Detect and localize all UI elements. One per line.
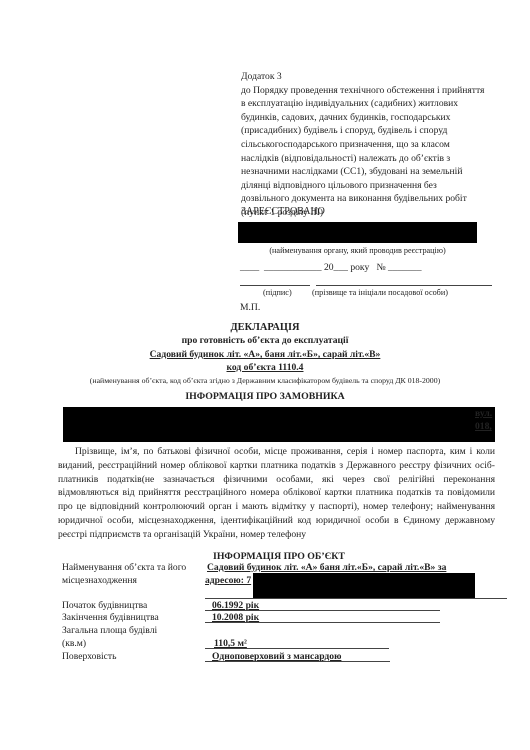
appendix-line: ділянці відповідного цільового призначен… (241, 179, 506, 193)
area-line (205, 648, 389, 649)
appendix-line: дозвільного документа на виконання будів… (241, 192, 506, 206)
end-label: Закінчення будівництва (62, 612, 159, 623)
floors-line (205, 661, 390, 662)
appendix-block: Додаток 3 до Порядку проведення технічно… (241, 70, 506, 220)
floors-label: Поверховість (62, 651, 117, 662)
object-name-value: Садовий будинок літ. «А» баня літ.«Б», с… (207, 562, 446, 573)
appendix-line: будинків, садових, дачних будинків, госп… (241, 111, 506, 125)
object-address-value: адресою: 7 (205, 575, 251, 586)
appendix-line: до Порядку проведення технічного обстеже… (241, 84, 506, 98)
signature-line (240, 285, 310, 286)
customer-visible-fragment: 018, (475, 421, 492, 432)
area-label: Загальна площа будівлі (62, 625, 157, 636)
stamp-label: М.П. (240, 302, 260, 313)
area-label-cont: (кв.м) (62, 638, 86, 649)
customer-description: Прізвище, ім’я, по батькові фізичної осо… (58, 445, 495, 542)
official-name-line (316, 285, 492, 286)
object-name: Садовий будинок літ. «А», баня літ.«Б», … (0, 349, 530, 360)
object-name-label: Найменування об’єкта та його (62, 562, 186, 573)
organ-caption: (найменування органу, який проводив реєс… (238, 246, 477, 255)
appendix-title: Додаток 3 (241, 70, 506, 84)
registered-label: ЗАРЕЄСТРОВАНО (241, 206, 325, 217)
signature-caption: (підпис) (263, 288, 292, 297)
official-name-caption: (прізвище та ініціали посадової особи) (312, 288, 448, 297)
redacted-customer-info (63, 407, 495, 442)
redacted-address (253, 573, 475, 599)
address-line (205, 598, 507, 599)
appendix-line: незначними наслідками (СС1), збудовані н… (241, 165, 506, 179)
start-line (205, 610, 440, 611)
redacted-registration-organ (238, 222, 477, 243)
declaration-title: ДЕКЛАРАЦІЯ (0, 322, 530, 333)
object-caption: (найменування об’єкта, код об’єкта згідн… (0, 376, 530, 385)
declaration-subtitle: про готовність об’єкта до експлуатації (0, 335, 530, 346)
appendix-line: сільськогосподарського призначення, що з… (241, 138, 506, 152)
object-code: код об’єкта 1110.4 (0, 362, 530, 373)
end-line (205, 622, 440, 623)
customer-section-title: ІНФОРМАЦІЯ ПРО ЗАМОВНИКА (0, 391, 530, 402)
appendix-line: (присадибних) будівель і споруд, будівел… (241, 124, 506, 138)
object-name-label-cont: місцезнаходження (62, 575, 137, 586)
customer-visible-fragment: вул. (475, 408, 492, 419)
appendix-line: наслідків (відповідальності) належать до… (241, 152, 506, 166)
object-section-title: ІНФОРМАЦІЯ ПРО ОБ’ЄКТ (213, 551, 345, 562)
registration-date-line: ____ ____________ 20___ року № _______ (240, 262, 422, 273)
start-label: Початок будівництва (62, 600, 147, 611)
appendix-line: в експлуатацію індивідуальних (садибних)… (241, 97, 506, 111)
